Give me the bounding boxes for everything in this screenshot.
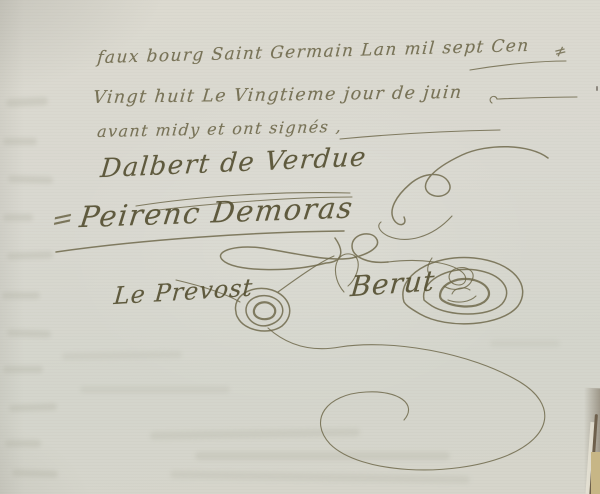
bleed-through-smudge <box>3 214 33 221</box>
ink-flourishes <box>0 0 600 494</box>
paper-laid-texture <box>0 0 600 494</box>
signature-berut: Berut <box>349 264 437 303</box>
bleed-through-smudge <box>80 386 230 393</box>
bleed-through-smudge <box>62 351 182 360</box>
manuscript-scan: faux bourg Saint Germain Lan mil sept Ce… <box>0 0 600 494</box>
line1-trailing-stroke <box>470 61 566 70</box>
line2-trailing-stroke <box>490 96 577 103</box>
bleed-through-smudge <box>7 251 53 260</box>
bleed-through-smudge <box>490 340 560 347</box>
bleed-through-smudge <box>5 440 41 447</box>
line3-trailing-dash <box>340 130 500 139</box>
bleed-through-smudge <box>195 452 450 460</box>
underlying-page-sliver <box>591 452 600 494</box>
bleed-through-smudge <box>9 403 57 412</box>
bleed-through-smudge <box>3 366 43 373</box>
marginal-mark: ≠ <box>552 41 569 62</box>
bleed-through-smudge <box>2 292 40 299</box>
bleed-through-smudge <box>170 470 470 483</box>
ink-speck <box>596 86 598 91</box>
signature-dalbert-de-verdue: Dalbert de Verdue <box>99 142 368 184</box>
bleed-through-smudge <box>6 97 48 107</box>
manuscript-line-2: Vingt huit Le Vingtieme jour de juin <box>92 83 463 108</box>
bleed-through-smudge <box>3 138 37 145</box>
bleed-through-smudge <box>8 175 53 184</box>
bleed-through-smudge <box>150 428 360 440</box>
signature2-leading-mark: = <box>50 201 76 237</box>
descending-spiral-flourish <box>268 328 545 470</box>
large-right-paraph <box>379 147 548 240</box>
bleed-through-smudge <box>7 329 51 338</box>
signature-peirenc-demoras: Peirenc Demoras <box>78 190 356 234</box>
paper-shading <box>0 0 600 494</box>
bleed-through-smudge <box>12 469 58 478</box>
manuscript-line-3: avant midy et ont signés , <box>96 117 343 141</box>
manuscript-line-1: faux bourg Saint Germain Lan mil sept Ce… <box>96 36 530 68</box>
signature-le-prevost: Le Prevost <box>113 273 255 310</box>
